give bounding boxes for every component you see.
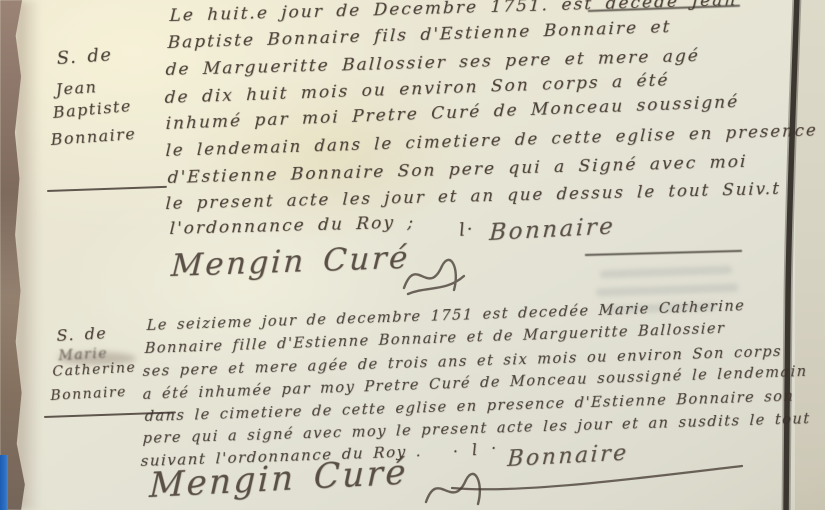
margin-note-line: S. de	[56, 323, 108, 345]
priest-paraph-flourish	[398, 246, 470, 300]
signature-mark: · l ·	[452, 438, 499, 461]
priest-paraph-flourish	[420, 462, 492, 510]
margin-note-line: S. de	[56, 44, 113, 69]
signature-underline-flourish	[450, 464, 746, 494]
signature-mark: l·	[458, 218, 476, 241]
margin-note-line: Jean	[55, 77, 98, 99]
parish-register-photo: S. de Jean Baptiste Bonnaire Le huit.e j…	[0, 0, 825, 510]
